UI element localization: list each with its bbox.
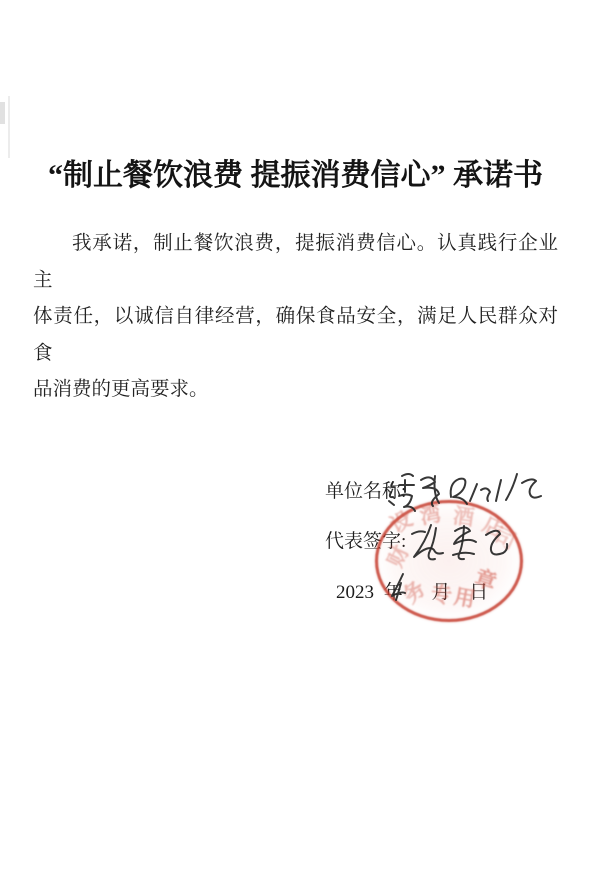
document-page: “制止餐饮浪费 提振消费信心” 承诺书 我承诺，制止餐饮浪费，提振消费信心。认真… [0,0,591,886]
date-year-unit: 年 [384,582,403,603]
date-month-unit: 月 [432,582,451,603]
representative-signature-label: 代表签字: [325,531,406,552]
stamp-char: 酒 [452,506,476,530]
stamp-char: 司 [491,526,519,554]
date-year: 2023 [336,582,374,603]
stamp-char: 店 [480,514,508,542]
date-line: 2023 年 月 日 [336,577,488,604]
scan-edge-line [8,96,10,158]
body-line: 品消费的更高要求。 [33,372,558,409]
body-line: 体责任，以诚信自律经营，确保食品安全，满足人民群众对食 [33,299,558,372]
handwritten-signature [412,525,507,559]
unit-name-line: 单位名称: [325,476,406,503]
unit-name-label: 单位名称: [325,481,406,502]
date-day-unit: 日 [469,582,488,603]
document-title: “制止餐饮浪费 提振消费信心” 承诺书 [0,150,591,194]
scan-artifact [0,102,5,124]
representative-signature-line: 代表签字: [325,526,406,553]
body-paragraph: 我承诺，制止餐饮浪费，提振消费信心。认真践行企业主 体责任，以诚信自律经营，确保… [33,226,558,409]
body-line: 我承诺，制止餐饮浪费，提振消费信心。认真践行企业主 [33,226,558,299]
handwritten-unit-name [389,474,541,511]
stamp-char: 湾 [418,503,443,528]
